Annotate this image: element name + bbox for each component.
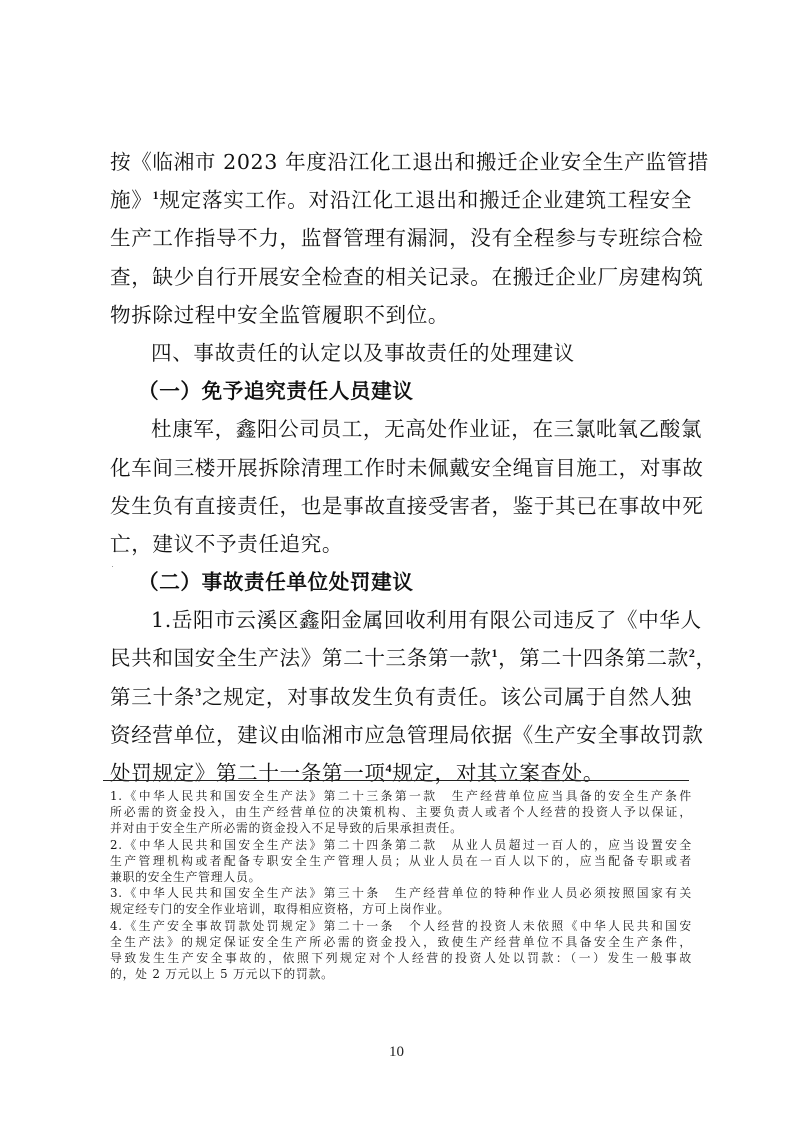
text-segment: 施》 (110, 188, 153, 212)
footnote-line: 导致发生生产安全事故的，依照下列规定对个人经营的投资人处以罚款：（一）发生一般事… (110, 950, 692, 966)
footnote-line: 2.《中华人民共和国安全生产法》第二十四条第二款 从业人员超过一百人的，应当设置… (110, 837, 692, 853)
text-line: 查，缺少自行开展安全检查的相关记录。在搬迁企业厂房建构筑 (110, 258, 692, 296)
footnotes: 1.《中华人民共和国安全生产法》第二十三条第一款 生产经营单位应当具备的安全生产… (110, 788, 692, 982)
footnote-3: 3.《中华人民共和国安全生产法》第三十条 生产经营单位的特种作业人员必须按照国家… (110, 885, 692, 917)
text-segment: ， (695, 646, 716, 670)
text-line: 杜康军，鑫阳公司员工，无高处作业证，在三氯吡氧乙酸氯 (110, 410, 692, 448)
footnote-2: 2.《中华人民共和国安全生产法》第二十四条第二款 从业人员超过一百人的，应当设置… (110, 837, 692, 886)
text-line: 生产工作指导不力，监督管理有漏洞，没有全程参与专班综合检 (110, 219, 692, 257)
footnote-line: 规定经专门的安全作业培训，取得相应资格，方可上岗作业。 (110, 901, 692, 917)
text-line: 资经营单位，建议由临湘市应急管理局依据《生产安全事故罚款 (110, 716, 692, 754)
footnote-line: 所必需的资金投入，由生产经营单位的决策机构、主要负责人或者个人经营的投资人予以保… (110, 804, 692, 820)
text-line: 1.岳阳市云溪区鑫阳金属回收利用有限公司违反了《中华人 (110, 601, 692, 639)
text-line: 施》1规定落实工作。对沿江化工退出和搬迁企业建筑工程安全 (110, 181, 692, 219)
text-line: 发生负有直接责任，也是事故直接受害者，鉴于其已在事故中死 (110, 487, 692, 525)
text-line: 第三十条3之规定，对事故发生负有责任。该公司属于自然人独 (110, 678, 692, 716)
subsection-heading-exempt: （一）免予追究责任人员建议 (110, 372, 692, 410)
footnote-separator (103, 780, 689, 781)
text-segment: 处罚规定》第二十一条第一项 (110, 761, 386, 785)
text-segment: 民共和国安全生产法》第二十三条第一款 (110, 646, 492, 670)
text-line: 化车间三楼开展拆除清理工作时未佩戴安全绳盲目施工，对事故 (110, 449, 692, 487)
subsection-heading-penalty: （二）事故责任单位处罚建议 (110, 563, 692, 601)
text-segment: ，第二十四条第二款 (498, 646, 689, 670)
footnote-line: 1.《中华人民共和国安全生产法》第二十三条第一款 生产经营单位应当具备的安全生产… (110, 788, 692, 804)
text-segment: 之规定，对事故发生负有责任。该公司属于自然人独 (202, 685, 692, 709)
footnote-ref: 3 (195, 685, 202, 699)
text-line: 民共和国安全生产法》第二十三条第一款1，第二十四条第二款2， (110, 639, 692, 677)
text-line: 处罚规定》第二十一条第一项4规定，对其立案查处。 (110, 754, 692, 792)
text-line: 亡，建议不予责任追究。 (110, 525, 692, 563)
footnote-line: 4.《生产安全事故罚款处罚规定》第二十一条 个人经营的投资人未依照《中华人民共和… (110, 918, 692, 934)
paragraph-supervision-failure: 按《临湘市 2023 年度沿江化工退出和搬迁企业安全生产监管措 施》1规定落实工… (110, 143, 692, 792)
text-segment: 规定，对其立案查处。 (392, 761, 604, 785)
footnote-line: 的，处 2 万元以上 5 万元以下的罚款。 (110, 966, 692, 982)
footnote-line: 生产管理机构或者配备专职安全生产管理人员；从业人员在一百人以下的，应当配备专职或… (110, 853, 692, 869)
footnote-line: 并对由于安全生产所必需的资金投入不足导致的后果承担责任。 (110, 820, 692, 836)
text-segment: 规定落实工作。对沿江化工退出和搬迁企业建筑工程安全 (159, 188, 692, 212)
text-line: 按《临湘市 2023 年度沿江化工退出和搬迁企业安全生产监管措 (110, 143, 692, 181)
text-line: 物拆除过程中安全监管履职不到位。 (110, 296, 692, 334)
footnote-line: 3.《中华人民共和国安全生产法》第三十条 生产经营单位的特种作业人员必须按照国家… (110, 885, 692, 901)
section-heading: 四、事故责任的认定以及事故责任的处理建议 (110, 334, 692, 372)
page-number: 10 (0, 1044, 793, 1061)
footnote-line: 兼职的安全生产管理人员。 (110, 869, 692, 885)
scan-speck (112, 566, 113, 567)
text-segment: 第三十条 (110, 685, 195, 709)
document-page: 按《临湘市 2023 年度沿江化工退出和搬迁企业安全生产监管措 施》1规定落实工… (0, 0, 793, 1122)
footnote-4: 4.《生产安全事故罚款处罚规定》第二十一条 个人经营的投资人未依照《中华人民共和… (110, 918, 692, 983)
footnote-1: 1.《中华人民共和国安全生产法》第二十三条第一款 生产经营单位应当具备的安全生产… (110, 788, 692, 837)
footnote-line: 全生产法》的规定保证安全生产所必需的资金投入，致使生产经营单位不具备安全生产条件… (110, 934, 692, 950)
